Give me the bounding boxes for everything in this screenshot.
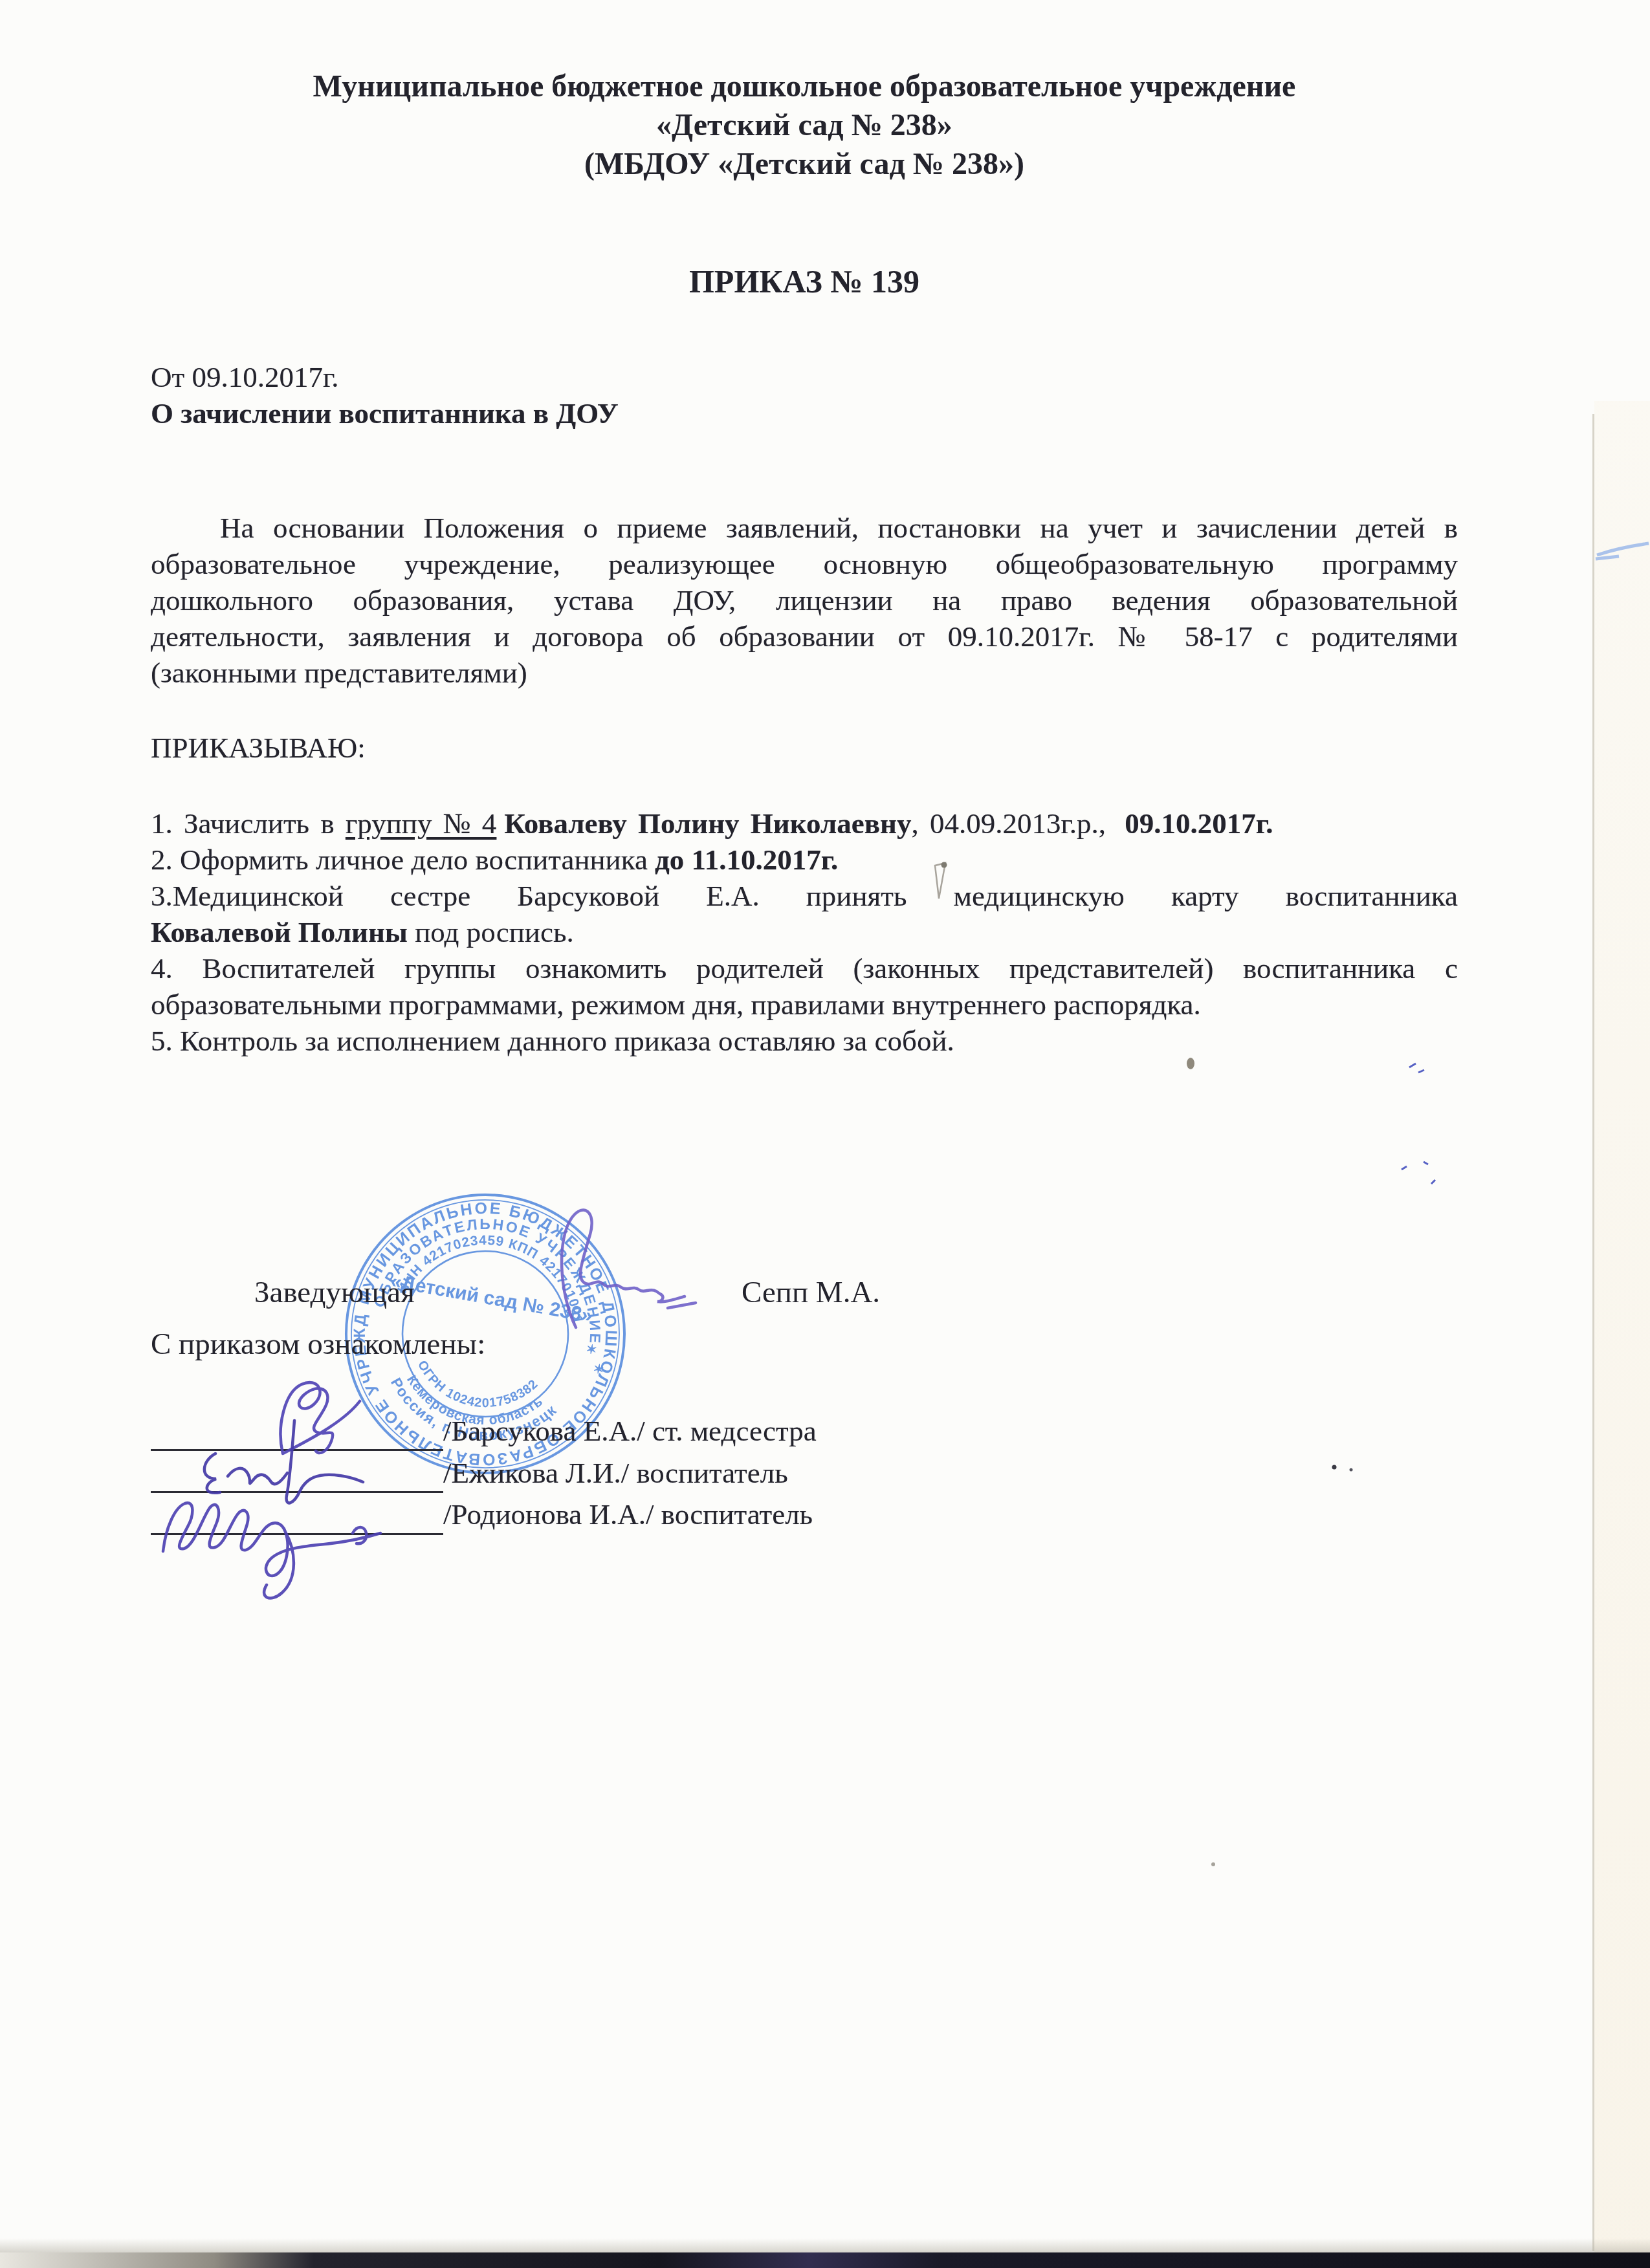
org-name-line-1: Муниципальное бюджетное дошкольное образ… xyxy=(151,67,1458,106)
ack-role-3: воспитатель xyxy=(654,1498,813,1531)
item1-enroll-date: 09.10.2017г. xyxy=(1125,807,1273,840)
intro-line: образовательное учреждение, реализующее … xyxy=(151,546,1458,582)
director-handwritten-signature xyxy=(537,1194,718,1333)
intro-paragraph: На основании Положения о приеме заявлени… xyxy=(151,510,1458,691)
dust-dot xyxy=(1211,1862,1215,1866)
item2-deadline: до 11.10.2017г. xyxy=(655,844,838,876)
item1-child-name: Ковалеву Полину Николаевну xyxy=(504,807,911,840)
item3-rest: под роспись. xyxy=(408,916,574,948)
scanned-order-page: Муниципальное бюджетное дошкольное образ… xyxy=(0,0,1650,2268)
resolution-word: ПРИКАЗЫВАЮ: xyxy=(151,730,1458,766)
order-items: 1. Зачислить в группу № 4Ковалеву Полину… xyxy=(151,805,1458,1059)
order-item-5: 5. Контроль за исполнением данного прика… xyxy=(151,1023,1458,1059)
paper-edge-shadow xyxy=(1594,401,1650,2268)
ack-name-2: /Ежикова Л.И./ xyxy=(443,1457,629,1489)
org-name-line-3: (МБДОУ «Детский сад № 238») xyxy=(151,145,1458,184)
ack-row-1: /Барсукова Е.А./ ст. медсестра xyxy=(443,1413,817,1449)
order-item-2: 2. Оформить личное дело воспитанника до … xyxy=(151,842,1458,878)
ack-role-1: ст. медсестра xyxy=(645,1415,817,1447)
item3-child-name: Ковалевой Полины xyxy=(151,916,408,948)
order-subject: О зачислении воспитанника в ДОУ xyxy=(151,395,1458,431)
ack-signature-3 xyxy=(163,1503,380,1598)
ack-row-3: /Родионова И.А./ воспитатель xyxy=(443,1496,813,1532)
item2-text: 2. Оформить личное дело воспитанника xyxy=(151,844,655,876)
order-item-4-line-2: образовательными программами, режимом дн… xyxy=(151,987,1458,1023)
dust-dot xyxy=(1350,1468,1353,1472)
signer-role: Заведующая xyxy=(254,1276,415,1309)
ack-name-1: /Барсукова Е.А./ xyxy=(443,1415,645,1447)
dust-dot xyxy=(1332,1465,1337,1470)
intro-line: деятельности, заявления и договора об об… xyxy=(151,618,1458,655)
item1-text: 1. Зачислить в xyxy=(151,807,346,840)
intro-line: На основании Положения о приеме заявлени… xyxy=(151,510,1458,546)
order-item-1: 1. Зачислить в группу № 4Ковалеву Полину… xyxy=(151,805,1458,842)
intro-line: дошкольного образования, устава ДОУ, лиц… xyxy=(151,582,1458,618)
order-meta: От 09.10.2017г. О зачислении воспитанник… xyxy=(151,359,1458,431)
ack-heading: С приказом ознакомлены: xyxy=(151,1325,1458,1363)
ack-handwritten-signatures xyxy=(139,1368,411,1614)
item1-birthdate: , 04.09.2013г.р., xyxy=(911,807,1117,840)
order-item-3-line-1: 3.Медицинской сестре Барсуковой Е.А. при… xyxy=(151,878,1458,914)
org-name-line-2: «Детский сад № 238» xyxy=(151,106,1458,145)
signature-row: Заведующая Сепп М.А. xyxy=(151,1274,1458,1311)
ink-speck xyxy=(1187,1058,1194,1069)
signer-name: Сепп М.А. xyxy=(742,1274,880,1311)
scan-bottom-shadow xyxy=(0,2238,1650,2252)
order-item-4-line-1: 4. Воспитателей группы ознакомить родите… xyxy=(151,950,1458,987)
ack-row-2: /Ежикова Л.И./ воспитатель xyxy=(443,1455,788,1491)
ack-signature-2 xyxy=(204,1421,363,1503)
item1-group-underlined: группу № 4 xyxy=(346,807,496,840)
order-title: ПРИКАЗ № 139 xyxy=(151,262,1458,301)
scan-artifacts xyxy=(0,0,1650,2268)
scan-bottom-bar xyxy=(0,2252,1650,2268)
letterhead: Муниципальное бюджетное дошкольное образ… xyxy=(151,67,1458,184)
order-date-line: От 09.10.2017г. xyxy=(151,359,1458,395)
ack-role-2: воспитатель xyxy=(629,1457,788,1489)
blue-pen-speck xyxy=(1402,1162,1435,1184)
order-item-3-line-2: Ковалевой Полины под роспись. xyxy=(151,914,1458,950)
intro-line: (законными представителями) xyxy=(151,655,1458,691)
ack-name-3: /Родионова И.А./ xyxy=(443,1498,654,1531)
blue-pen-speck xyxy=(1409,1063,1424,1073)
